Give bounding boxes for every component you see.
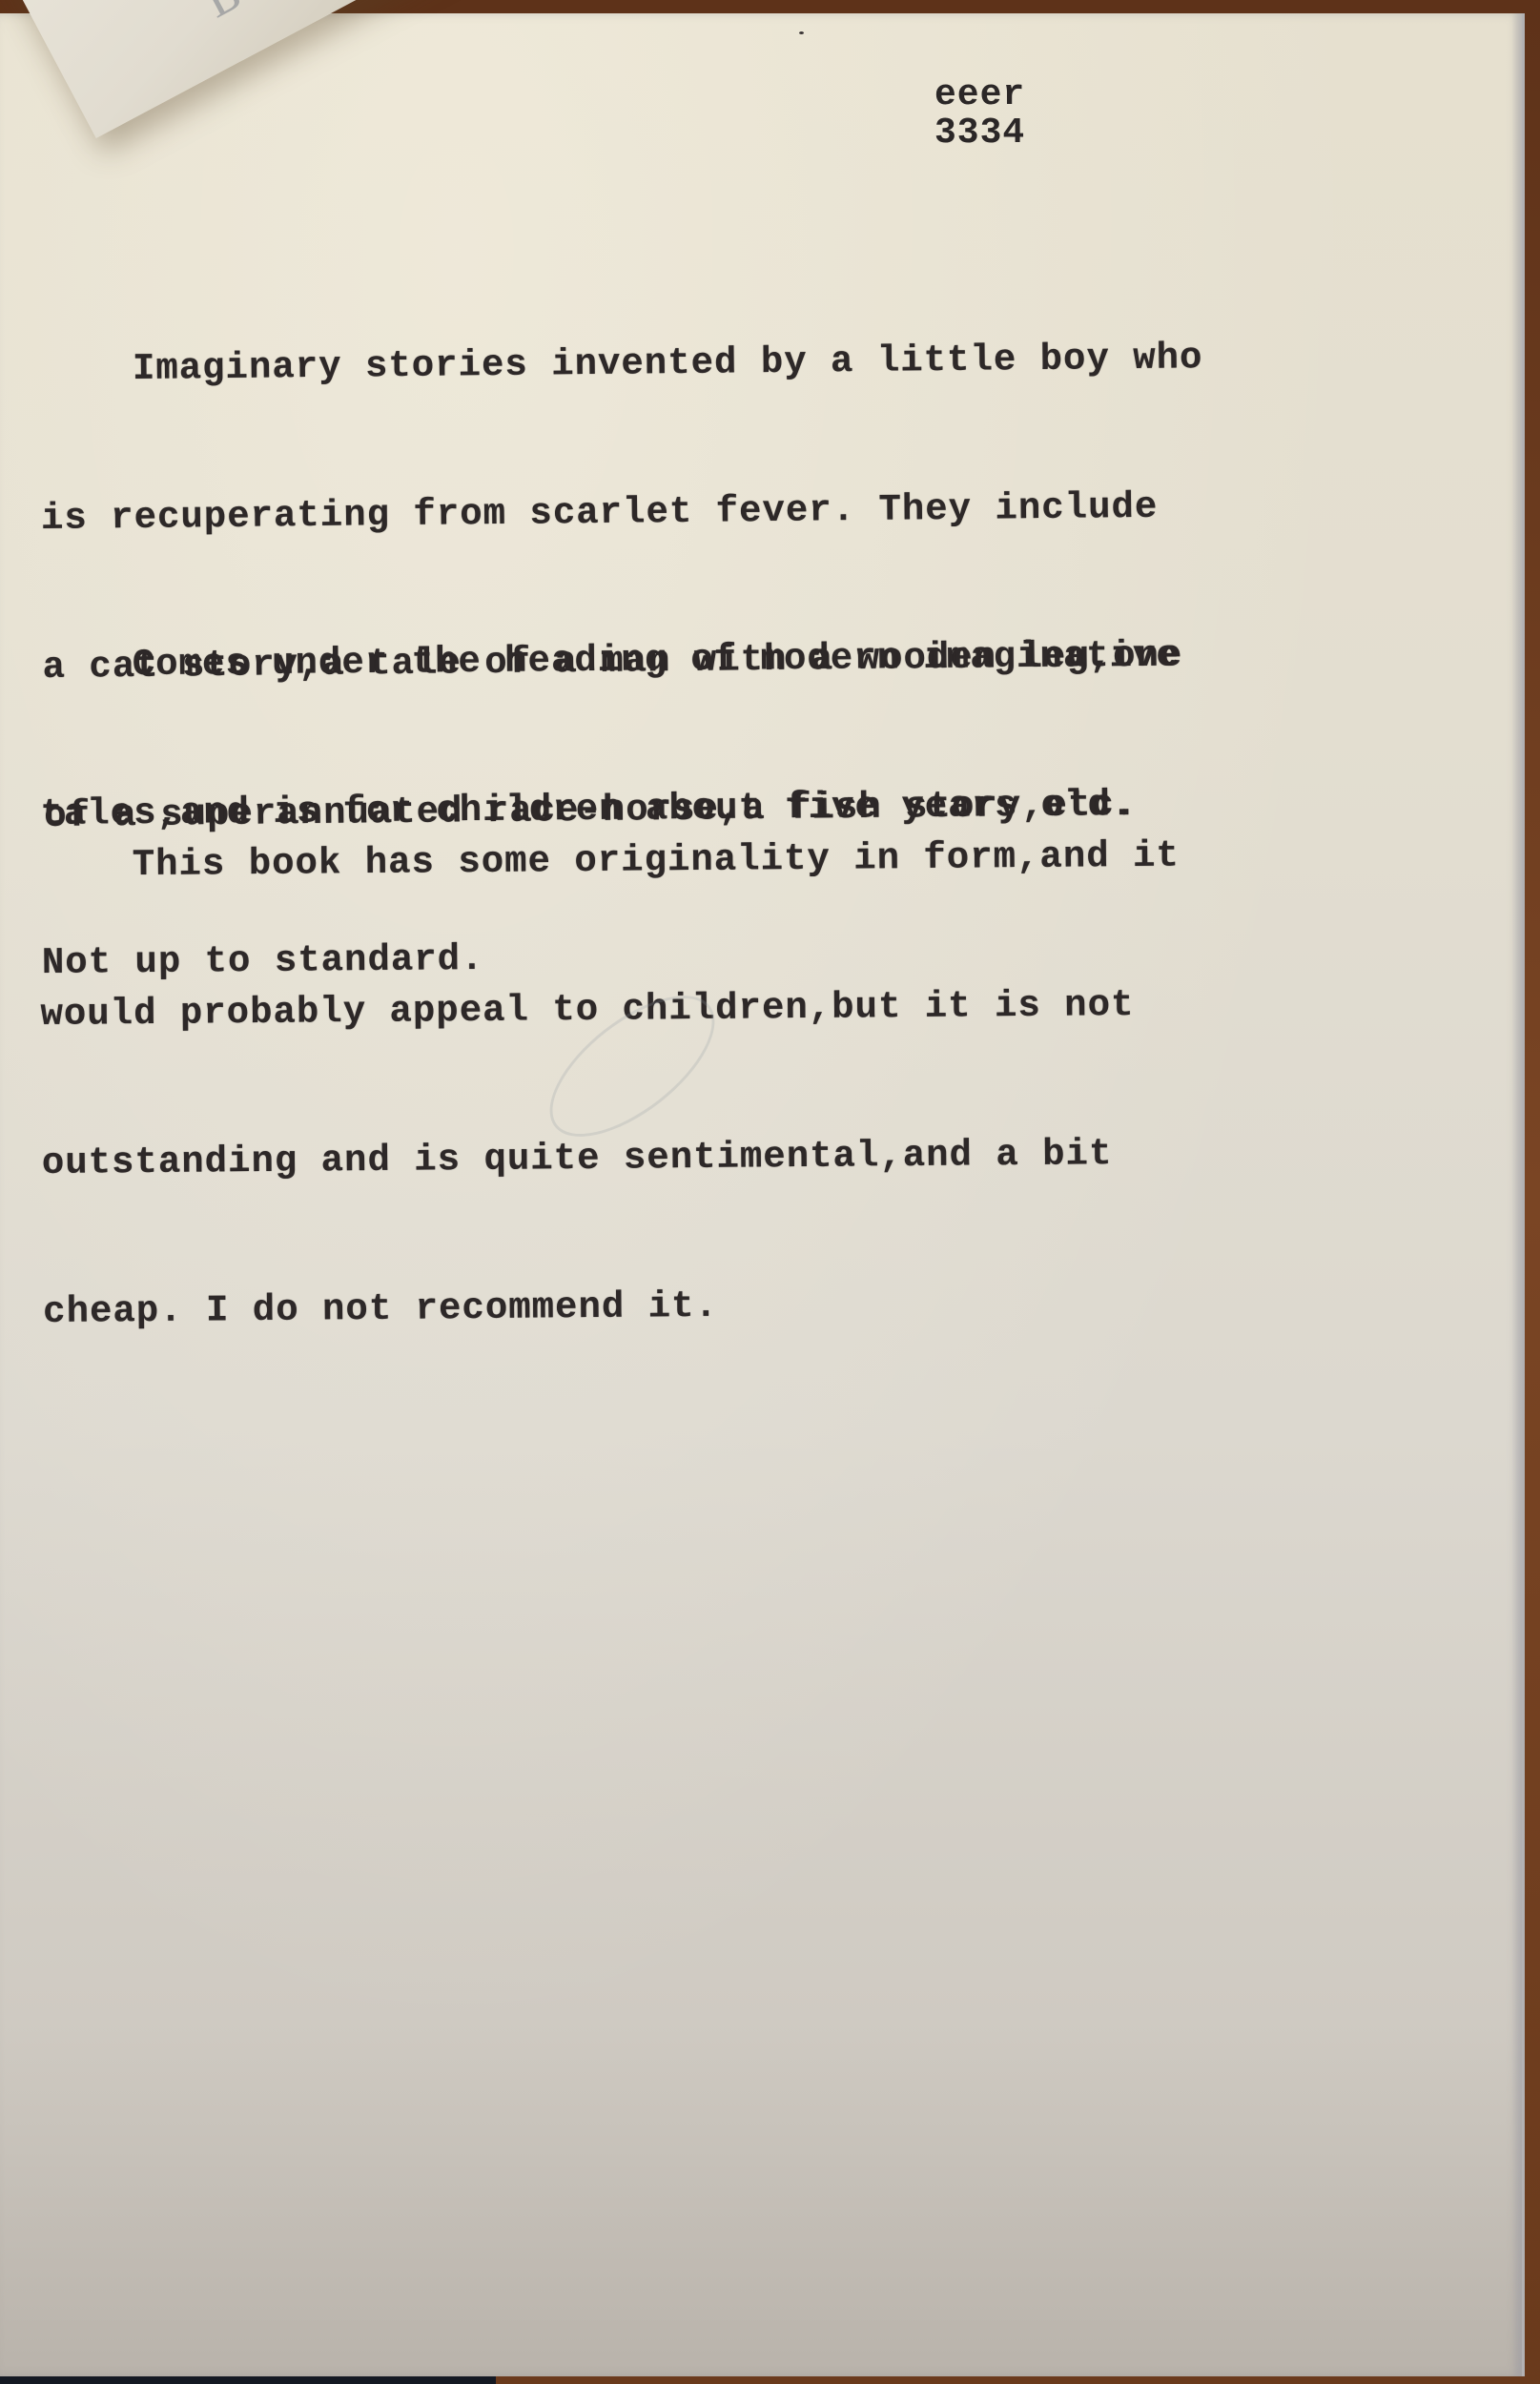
curled-page-text: Bn [195,0,276,31]
text-line: outstanding and is quite sentimental,and… [42,1126,1453,1188]
document: eeer 3334 Imaginary stories invented by … [0,0,1540,2384]
text-line: Imaginary stories invented by a little b… [39,330,1450,394]
review-paragraph-verdict: This book has some originality in form,a… [38,730,1455,1436]
catalog-code-line-1: eeer [934,76,1025,114]
text-line: Comes under the heading of modern imagin… [39,628,1450,690]
text-line: would probably appeal to children,but it… [40,977,1451,1039]
text-line: cheap. I do not recommend it. [43,1275,1454,1337]
catalog-code-line-2: 3334 [934,114,1025,153]
text-line: This book has some originality in form,a… [39,829,1450,891]
ink-speck [799,31,804,34]
catalog-code: eeer 3334 [934,76,1025,153]
